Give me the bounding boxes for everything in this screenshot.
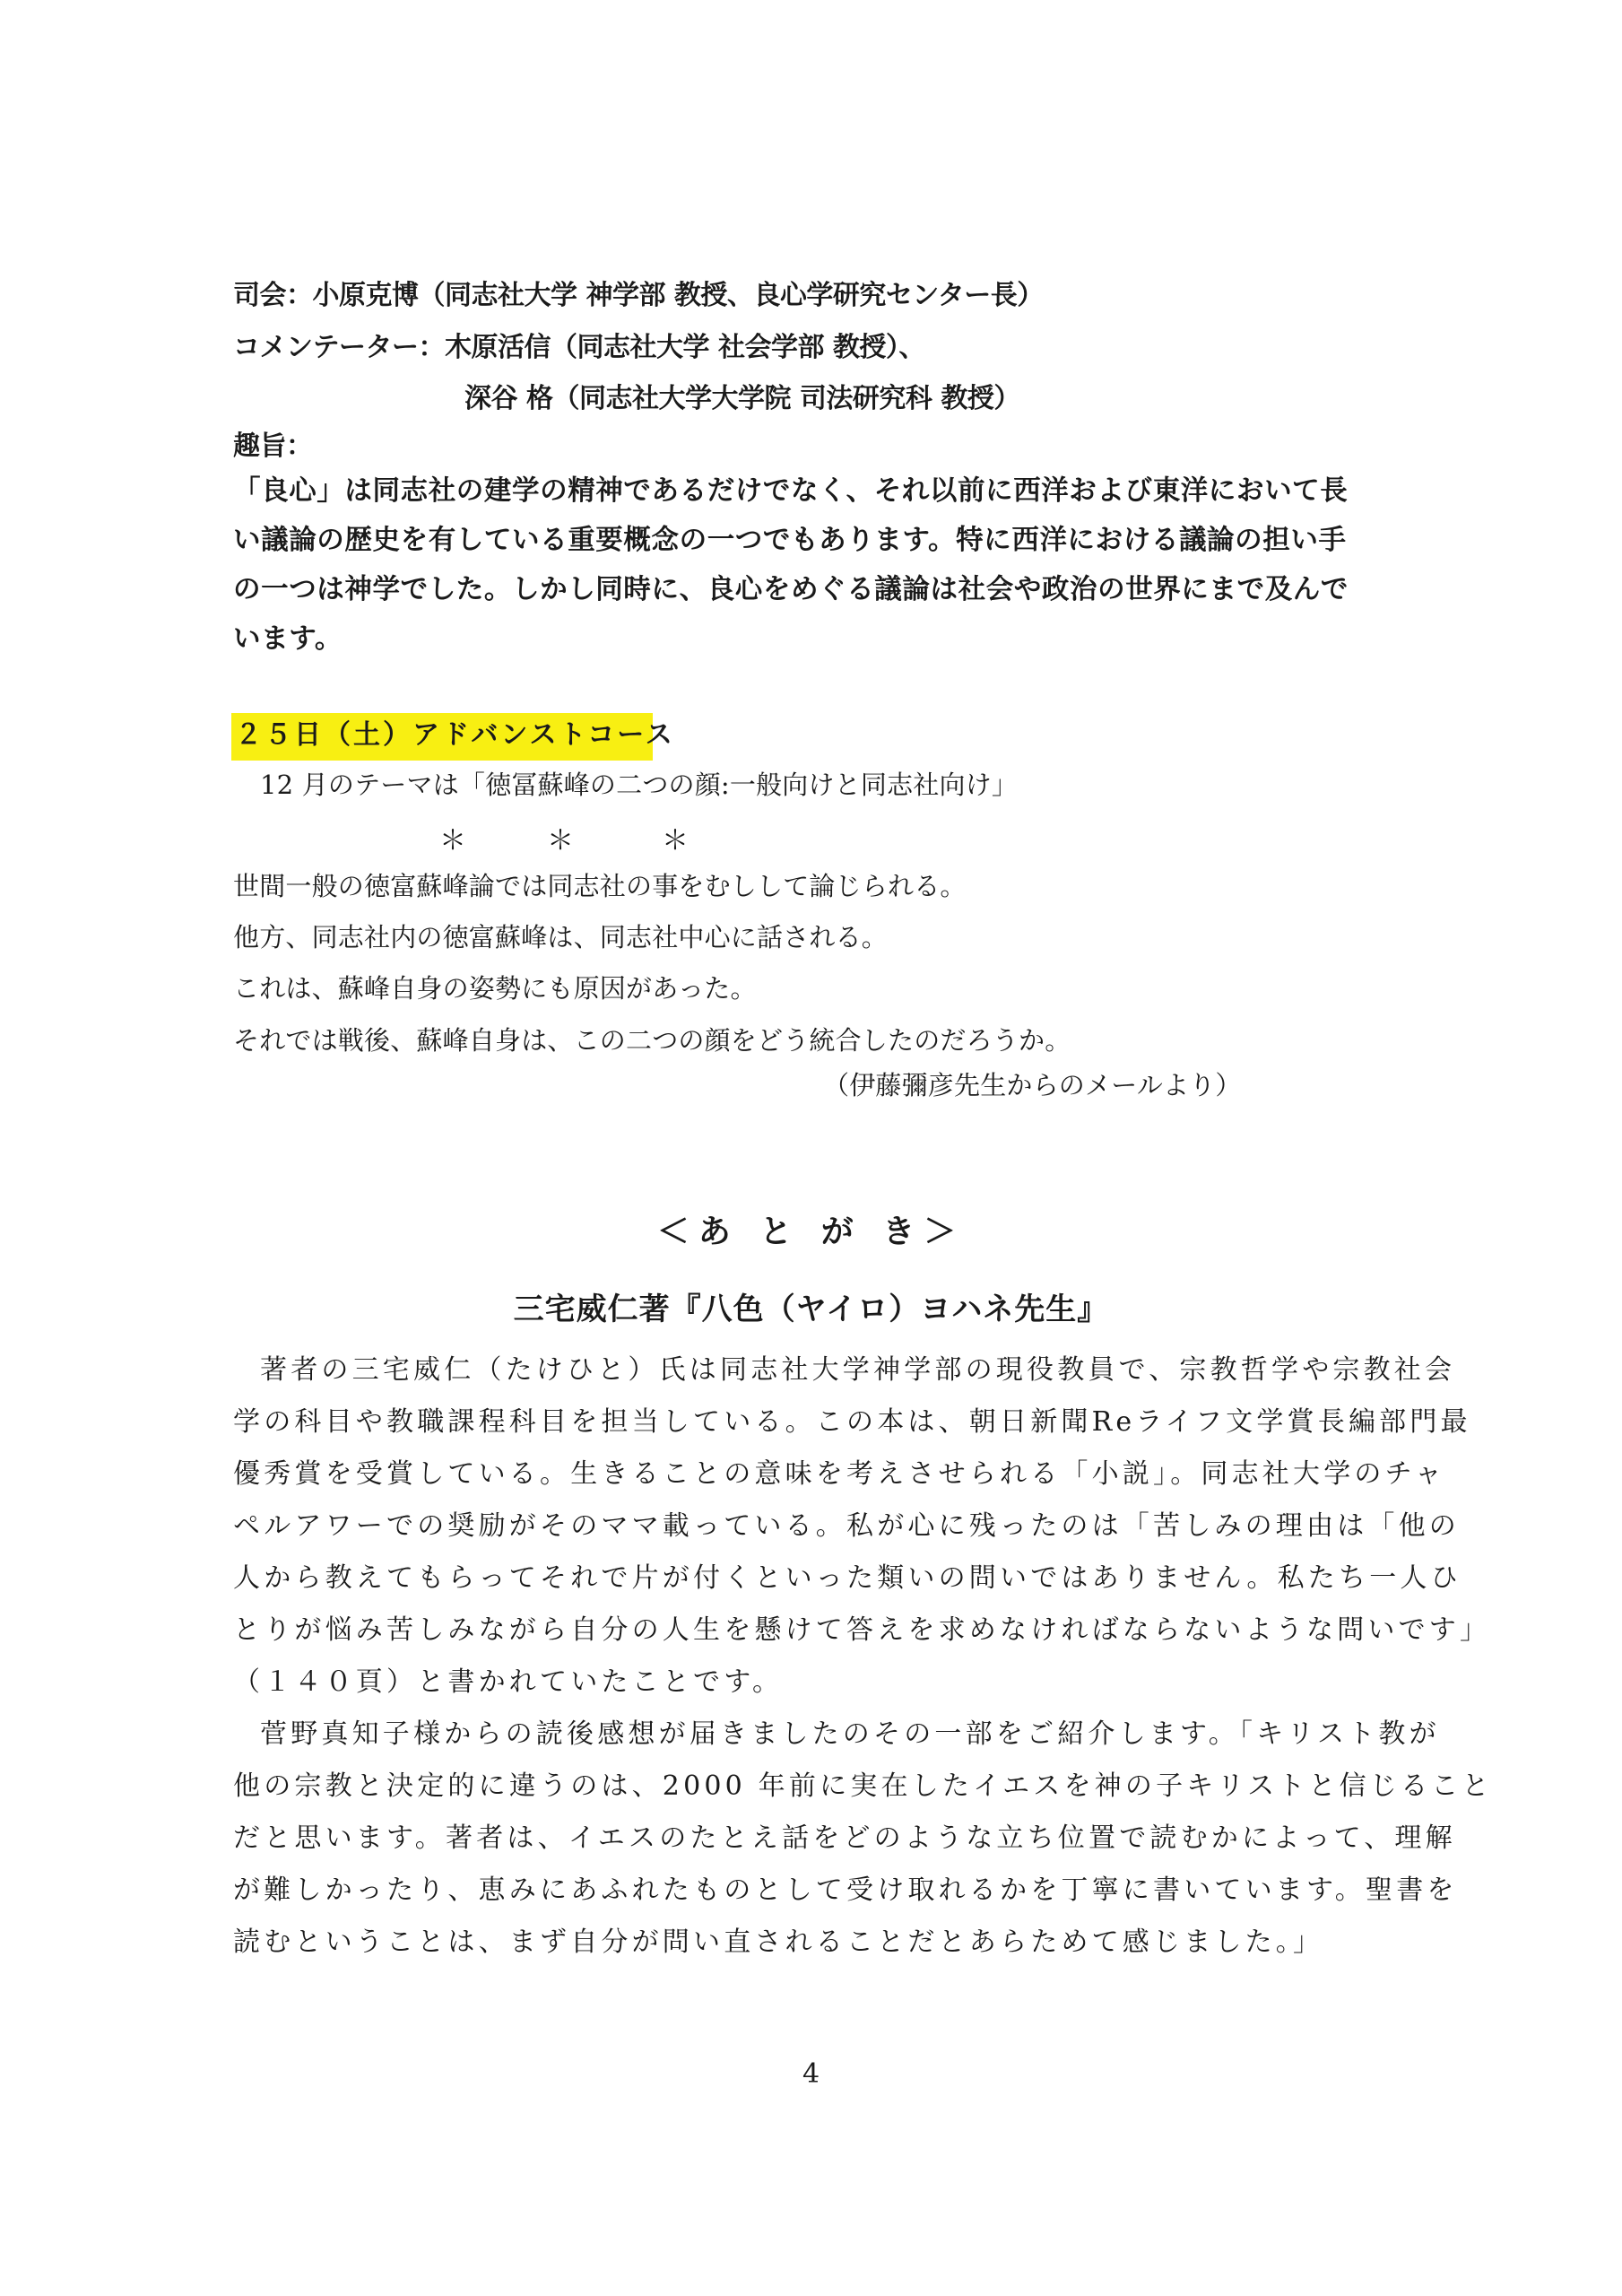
afterword-line: （１４０頁）と書かれていたことです。 [233,1665,783,1700]
afterword-line: が難しかったり、恵みにあふれたものとして受け取れるかを丁寧に書いています。聖書を [233,1873,1458,1909]
course-text-line: それでは戦後、蘇峰自身は、この二つの顔をどう統合したのだろうか。 [233,1022,1071,1058]
course-text-line: これは、蘇峰自身の姿勢にも原因があった。 [233,970,757,1006]
attribution: （伊藤彌彦先生からのメールより） [823,1067,1242,1103]
afterword-line: ペルアワーでの奨励がそのママ載っている。私が心に残ったのは「苦しみの理由は「他の [233,1509,1460,1544]
commentator-line-1: コメンテーター：木原活信（同志社大学 社会学部 教授）、 [233,330,925,366]
page-number: 4 [0,2058,1622,2090]
moderator-line: 司会：小原克博（同志社大学 神学部 教授、良心学研究センター長） [233,278,1044,314]
commentator-line-2: 深谷 格（同志社大学大学院 司法研究科 教授） [464,381,1020,417]
afterword-line: 読むということは、まず自分が問い直されることだとあらためて感じました。」 [233,1925,1323,1961]
advanced-course-title: ２５日（土）アドバンストコース [235,717,675,753]
summary-line: 「良心」は同志社の建学の精神であるだけでなく、それ以前に西洋および東洋において長 [233,474,1348,509]
summary-line: の一つは神学でした。しかし同時に、良心をめぐる議論は社会や政治の世界にまで及んで [233,572,1349,608]
afterword-heading: ＜あ と が き＞ [0,1206,1622,1252]
separator-asterisk: ＊ [662,818,689,857]
summary-line: います。 [233,622,343,657]
afterword-line: 優秀賞を受賞している。生きることの意味を考えさせられる「小説」。同志社大学のチャ [233,1457,1445,1492]
summary-label: 趣旨： [233,429,313,465]
afterword-line: だと思います。著者は、イエスのたとえ話をどのような立ち位置で読むかによって、理解 [233,1821,1456,1857]
afterword-line: 学の科目や教職課程科目を担当している。この本は、朝日新聞Reライフ文学賞長編部門… [233,1405,1471,1440]
afterword-line: 他の宗教と決定的に違うのは、2000 年前に実在したイエスを神の子キリストと信じ… [233,1769,1493,1805]
course-text-line: 世間一般の徳富蘇峰論では同志社の事をむしして論じられる。 [233,868,967,904]
afterword-line: 人から教えてもらってそれで片が付くといった類いの問いではありません。私たち一人ひ [233,1561,1462,1596]
book-title: 三宅威仁著『八色（ヤイロ）ヨハネ先生』 [0,1284,1622,1328]
separator-asterisk: ＊ [439,818,466,857]
document-page: 司会：小原克博（同志社大学 神学部 教授、良心学研究センター長） コメンテーター… [0,0,1622,2296]
course-text-line: 他方、同志社内の徳富蘇峰は、同志社中心に話される。 [233,919,888,955]
afterword-line: 著者の三宅威仁（たけひと）氏は同志社大学神学部の現役教員で、宗教哲学や宗教社会 [260,1352,1455,1388]
afterword-line: 菅野真知子様からの読後感想が届きましたのその一部をご紹介します。「キリスト教が [260,1717,1440,1752]
separator-asterisk: ＊ [547,818,574,857]
monthly-theme: 12 月のテーマは「徳冨蘇峰の二つの顔:一般向けと同志社向け」 [260,767,1018,803]
summary-line: い議論の歴史を有している重要概念の一つでもあります。特に西洋における議論の担い手 [233,523,1347,559]
afterword-line: とりが悩み苦しみながら自分の人生を懸けて答えを求めなければならないような問いです… [233,1613,1490,1648]
